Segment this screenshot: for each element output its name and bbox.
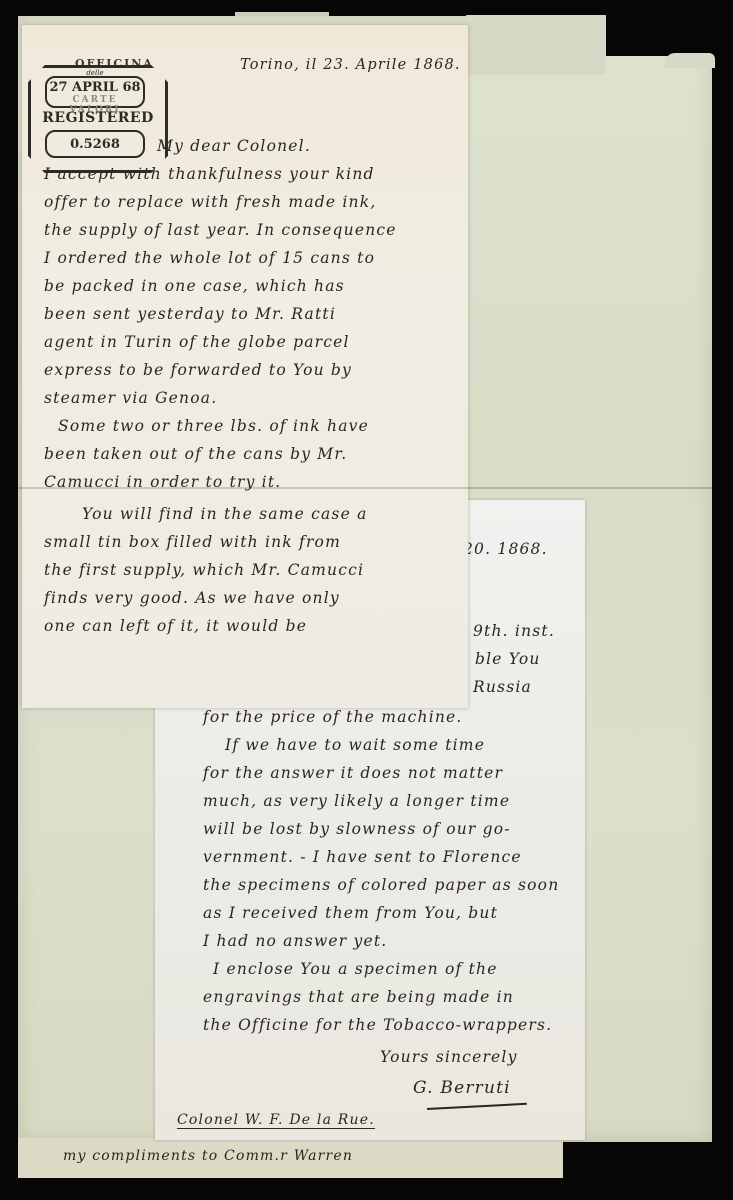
closing: Yours sincerely: [380, 1048, 518, 1066]
addressee: Colonel W. F. De la Rue.: [177, 1112, 375, 1129]
body-line: much, as very likely a longer time: [203, 792, 510, 810]
body-line: the Officine for the Tobacco-wrappers.: [203, 1016, 552, 1034]
signature-flourish: [427, 1103, 527, 1110]
dateline: Torino, il 23. Aprile 1868.: [240, 57, 461, 73]
body-line: steamer via Genoa.: [44, 389, 217, 407]
body-line: vernment. - I have sent to Florence: [203, 848, 522, 866]
body-line: been sent yesterday to Mr. Ratti: [44, 305, 336, 323]
partial-line: 9th. inst.: [473, 622, 555, 640]
body-line: agent in Turin of the globe parcel: [44, 333, 350, 351]
paper-edge-tab: [665, 53, 715, 68]
body-line: for the answer it does not matter: [203, 764, 503, 782]
body-line: finds very good. As we have only: [44, 589, 340, 607]
body-line: been taken out of the cans by Mr.: [44, 445, 347, 463]
body-line: You will find in the same case a: [82, 505, 368, 523]
stamp-date-box: delle 27 APRIL 68 CARTE VALORI: [45, 76, 145, 108]
body-line: be packed in one case, which has: [44, 277, 345, 295]
postscript: my compliments to Comm.r Warren: [63, 1148, 353, 1164]
stamp-date: 27 APRIL 68: [47, 80, 143, 95]
body-line: for the price of the machine.: [203, 708, 463, 726]
stamp-number-box: 0.5268: [45, 130, 145, 158]
body-line: Some two or three lbs. of ink have: [58, 417, 369, 435]
body-line: I enclose You a specimen of the: [213, 960, 498, 978]
body-line: the specimens of colored paper as soon: [203, 876, 559, 894]
partial-date: 20. 1868.: [463, 540, 548, 558]
stamp-small-text: delle: [47, 69, 143, 77]
bottom-paper-strip: my compliments to Comm.r Warren: [18, 1138, 563, 1178]
body-line: Camucci in order to try it.: [44, 473, 281, 491]
torn-corner: [606, 16, 716, 56]
body-line: as I received them from You, but: [203, 904, 498, 922]
partial-line: ble You: [475, 650, 541, 668]
body-line: engravings that are being made in: [203, 988, 514, 1006]
body-line: small tin box filled with ink from: [44, 533, 341, 551]
registered-stamp: delle 27 APRIL 68 CARTE VALORI REGISTERE…: [28, 65, 168, 173]
stamp-status: REGISTERED: [31, 110, 165, 126]
body-line: one can left of it, it would be: [44, 617, 307, 635]
body-line: express to be forwarded to You by: [44, 361, 352, 379]
partial-line: Russia: [473, 678, 532, 696]
body-line: offer to replace with fresh made ink,: [44, 193, 376, 211]
salutation: My dear Colonel.: [157, 137, 311, 155]
body-line: the supply of last year. In consequence: [44, 221, 397, 239]
paper-edge-tab: [466, 15, 606, 75]
body-line: the first supply, which Mr. Camucci: [44, 561, 364, 579]
signature: G. Berruti: [413, 1078, 511, 1098]
stamp-number: 0.5268: [47, 137, 143, 152]
body-line: I ordered the whole lot of 15 cans to: [44, 249, 375, 267]
body-line: If we have to wait some time: [225, 736, 485, 754]
body-line: will be lost by slowness of our go-: [203, 820, 511, 838]
body-line: I had no answer yet.: [203, 932, 387, 950]
